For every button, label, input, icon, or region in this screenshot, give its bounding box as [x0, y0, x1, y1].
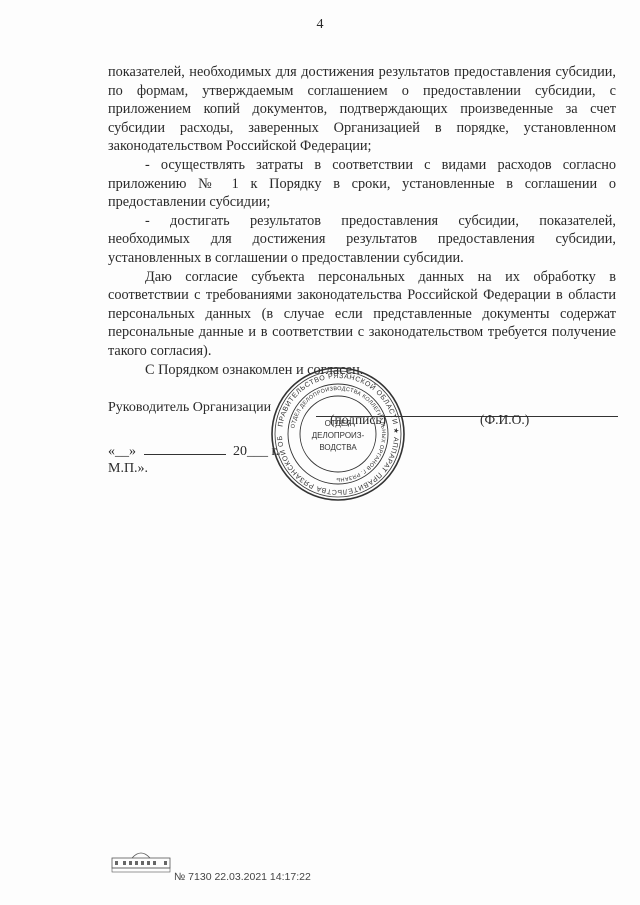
paragraph-expenses: - осуществлять затраты в соответствии с … [108, 156, 616, 212]
page-number: 4 [0, 17, 640, 33]
document-body: показателей, необходимых для достижения … [108, 63, 616, 379]
date-month-line [144, 454, 226, 455]
government-building-logo-icon [110, 848, 172, 874]
signature-label: Руководитель Организации [108, 400, 271, 416]
svg-text:ОТДЕЛ: ОТДЕЛ [325, 419, 352, 428]
paragraph-personal-data-consent: Даю согласие субъекта персональных данны… [108, 268, 616, 361]
seal-placeholder: М.П.». [108, 461, 148, 477]
official-stamp: ПРАВИТЕЛЬСТВО РЯЗАНСКОЙ ОБЛАСТИ ★ АППАРА… [270, 366, 406, 502]
svg-text:ДЕЛОПРОИЗ-: ДЕЛОПРОИЗ- [312, 431, 365, 440]
date-row: «__» 20___ г. [108, 444, 279, 460]
stamp-icon: ПРАВИТЕЛЬСТВО РЯЗАНСКОЙ ОБЛАСТИ ★ АППАРА… [270, 366, 406, 502]
svg-text:ВОДСТВА: ВОДСТВА [319, 443, 357, 452]
paragraph-reporting: показателей, необходимых для достижения … [108, 63, 616, 156]
name-caption: (Ф.И.О.) [480, 412, 529, 428]
registration-stamp: № 7130 22.03.2021 14:17:22 [174, 871, 311, 883]
paragraph-results: - достигать результатов предоставления с… [108, 212, 616, 268]
date-day: «__» [108, 444, 136, 459]
